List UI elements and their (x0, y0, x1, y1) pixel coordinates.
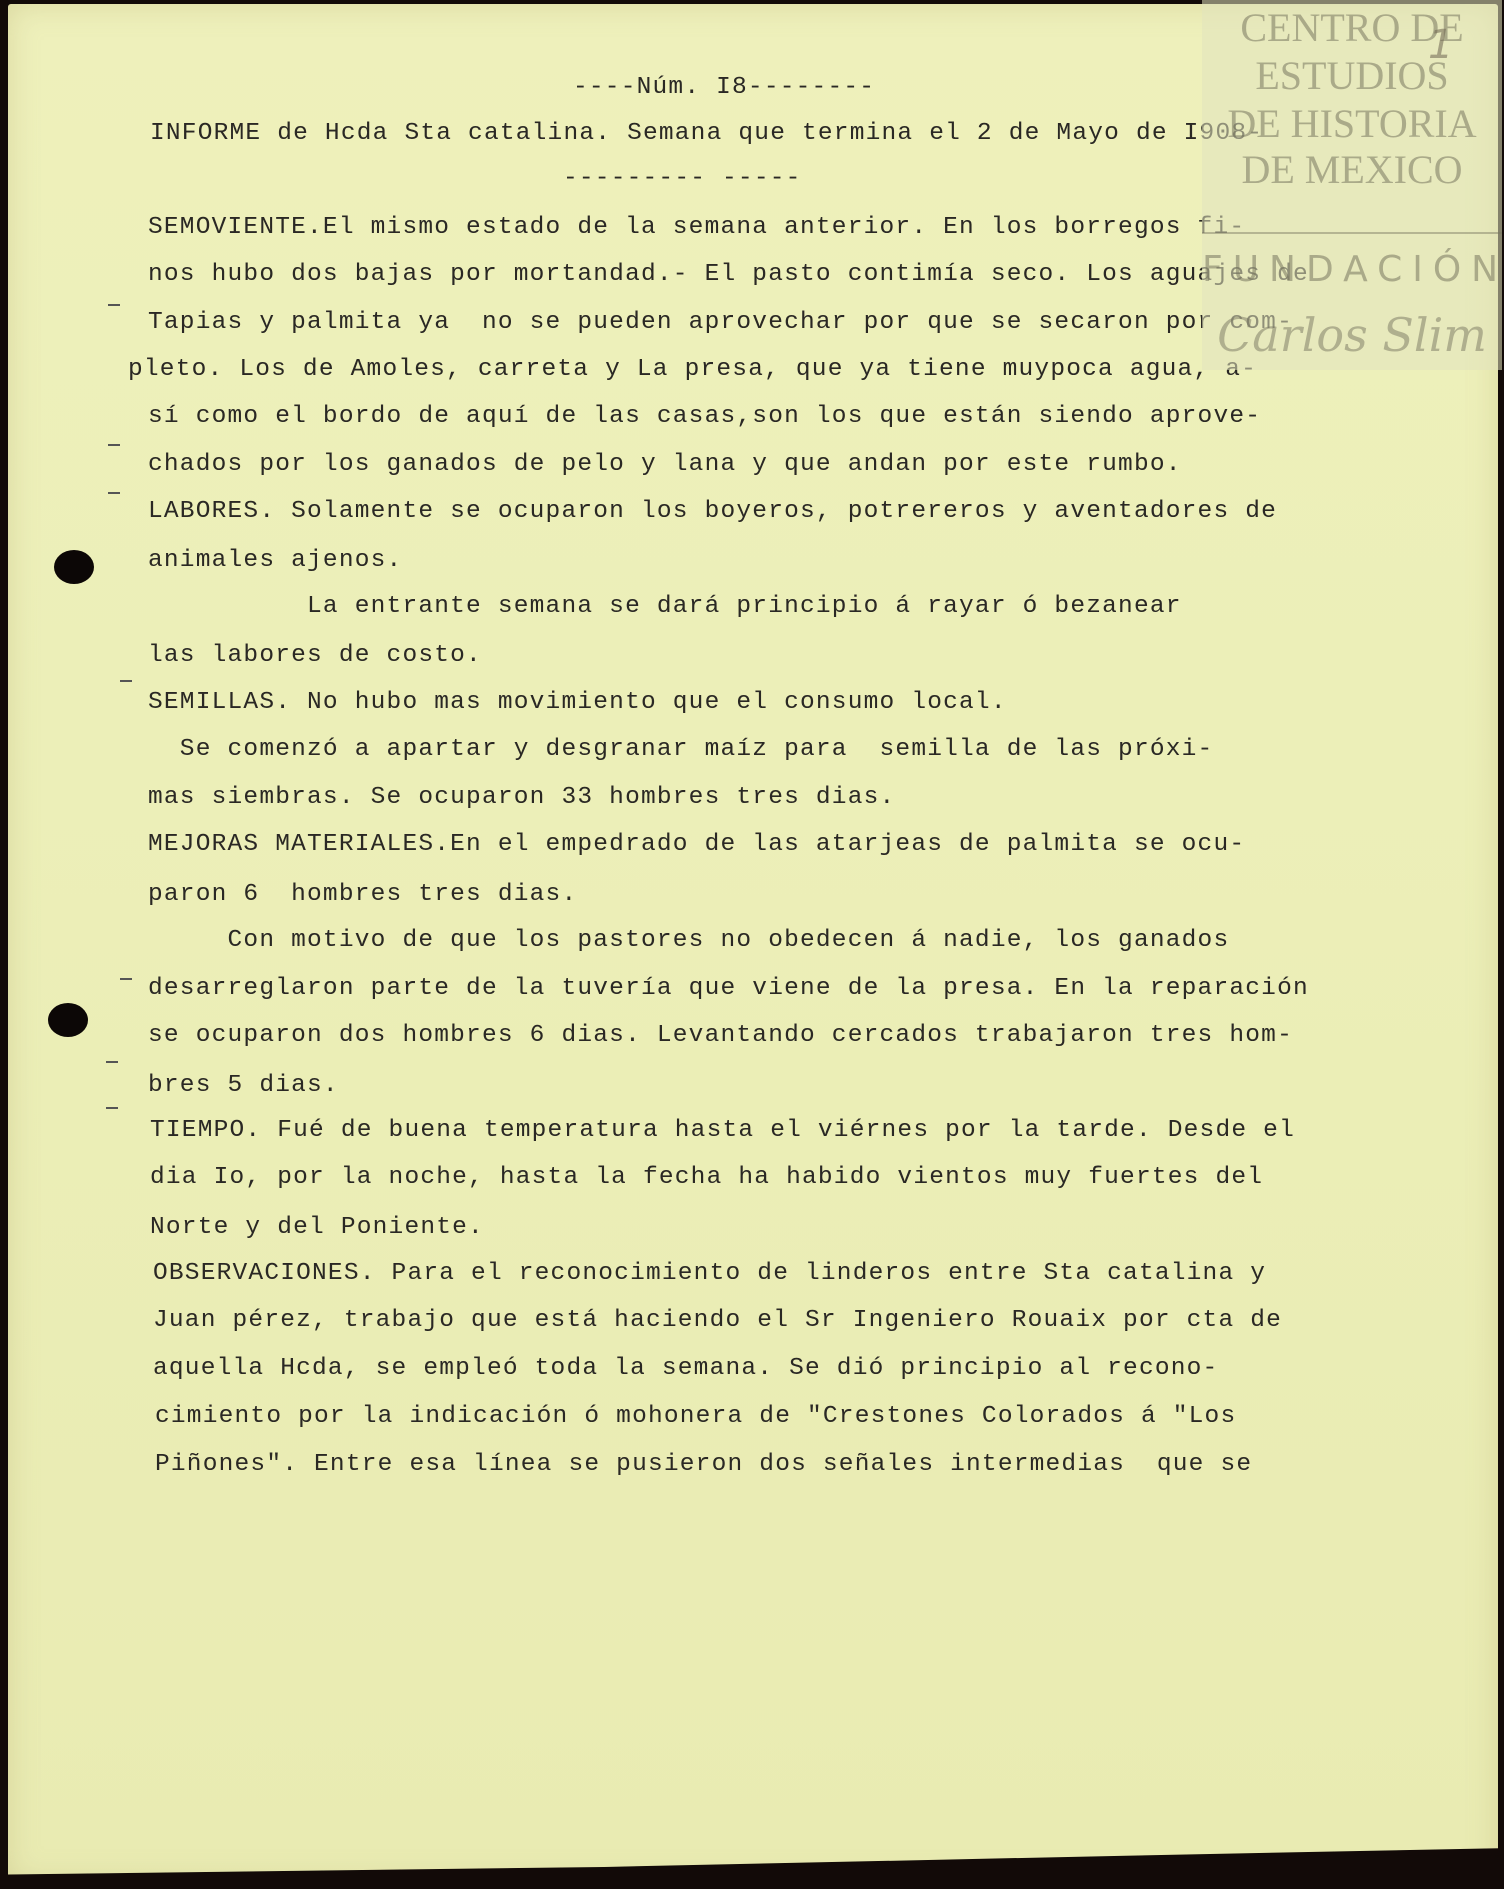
watermark-line: CENTRO DE (1202, 8, 1502, 48)
body-line: La entrante semana se dará principio á r… (148, 595, 1182, 620)
watermark: CENTRO DE ESTUDIOS DE HISTORIA DE MEXICO… (1202, 0, 1502, 370)
margin-mark (106, 1107, 118, 1109)
watermark-divider (1202, 232, 1502, 234)
body-line: Juan pérez, trabajo que está haciendo el… (153, 1309, 1282, 1334)
body-line: SEMILLAS. No hubo mas movimiento que el … (148, 691, 1007, 716)
body-line: MEJORAS MATERIALES.En el empedrado de la… (148, 833, 1245, 858)
body-line: las labores de costo. (148, 644, 482, 669)
body-line: desarreglaron parte de la tuvería que vi… (148, 977, 1309, 1002)
report-title: INFORME de Hcda Sta catalina. Semana que… (150, 122, 1263, 147)
body-line: sí como el bordo de aquí de las casas,so… (148, 405, 1261, 430)
body-line: aquella Hcda, se empleó toda la semana. … (153, 1357, 1218, 1382)
margin-mark (108, 492, 120, 494)
body-line: mas siembras. Se ocuparon 33 hombres tre… (148, 786, 895, 811)
punch-hole (48, 1003, 88, 1037)
body-line: Piñones". Entre esa línea se pusieron do… (155, 1453, 1252, 1478)
body-line: LABORES. Solamente se ocuparon los boyer… (148, 500, 1277, 525)
punch-hole (54, 550, 94, 584)
body-line: OBSERVACIONES. Para el reconocimiento de… (153, 1262, 1266, 1287)
margin-mark (120, 680, 132, 682)
body-line: TIEMPO. Fué de buena temperatura hasta e… (150, 1119, 1295, 1144)
body-line: cimiento por la indicación ó mohonera de… (155, 1405, 1236, 1430)
body-line: Tapias y palmita ya no se pueden aprovec… (148, 311, 1293, 336)
watermark-line: DE MEXICO (1202, 150, 1502, 190)
body-line: pleto. Los de Amoles, carreta y La presa… (128, 358, 1257, 383)
watermark-line: DE HISTORIA (1202, 104, 1502, 144)
body-line: dia Io, por la noche, hasta la fecha ha … (150, 1166, 1263, 1191)
watermark-signature: Carlos Slim (1202, 312, 1502, 358)
margin-mark (106, 1061, 118, 1063)
report-number: ----Núm. I8-------- (573, 76, 875, 101)
body-line: Con motivo de que los pastores no obedec… (148, 929, 1229, 954)
body-line: paron 6 hombres tres dias. (148, 883, 577, 908)
body-line: se ocuparon dos hombres 6 dias. Levantan… (148, 1024, 1293, 1049)
watermark-fundacion: FUNDACIÓN (1202, 252, 1502, 288)
margin-mark (120, 978, 132, 980)
margin-mark (108, 444, 120, 446)
watermark-line: ESTUDIOS (1202, 56, 1502, 96)
body-line: SEMOVIENTE.El mismo estado de la semana … (148, 216, 1245, 241)
body-line: nos hubo dos bajas por mortandad.- El pa… (148, 263, 1309, 288)
body-line: Norte y del Poniente. (150, 1216, 484, 1241)
body-line: chados por los ganados de pelo y lana y … (148, 453, 1182, 478)
body-line: animales ajenos. (148, 549, 402, 574)
title-underline: --------- ----- (563, 167, 802, 192)
body-line: bres 5 dias. (148, 1074, 339, 1099)
body-line: Se comenzó a apartar y desgranar maíz pa… (148, 738, 1213, 763)
handwritten-page-number: 1 (1428, 22, 1453, 68)
margin-mark (108, 304, 120, 306)
